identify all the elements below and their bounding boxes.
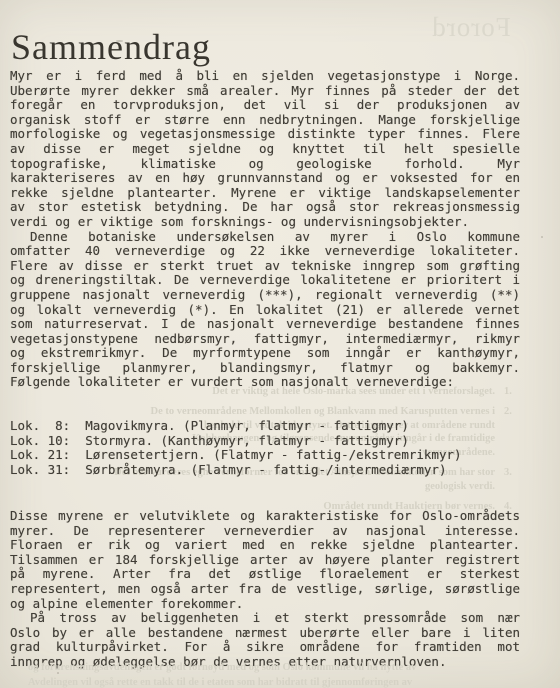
paper-speck — [541, 236, 543, 238]
text-line: som naturreservat. I de nasjonalt vernev… — [10, 317, 520, 332]
ghost-item-number: 2. — [504, 405, 518, 419]
text-line: grad kulturpåvirket. For å sikre områden… — [10, 640, 520, 655]
text-line: og forurensningsavdelingen er godt fornø… — [28, 661, 508, 676]
ghost-title-forord: Forord — [420, 12, 522, 43]
text-line: Disse myrene er velutviklete og karakter… — [10, 509, 520, 524]
text-line: topografiske, klimatiske og geologiske f… — [10, 157, 520, 172]
summary-paragraphs-bottom: Disse myrene er velutviklete og karakter… — [10, 509, 520, 670]
text-line: representert, men også arter fra de vest… — [10, 582, 520, 597]
text-line: verdi og er viktige som forsknings- og u… — [10, 215, 520, 230]
text-line: av disse er meget sjeldne og knyttet til… — [10, 142, 520, 157]
text-line: Flere av disse er sterkt truet av teknis… — [10, 259, 520, 274]
text-line: Oslo by er alle bestandene nærmest uberø… — [10, 626, 520, 641]
text-line: Tilsammen er 184 forskjellige arter av h… — [10, 553, 520, 568]
paper-speck — [57, 672, 59, 674]
text-line: foregår en torvproduksjon, det vil si de… — [10, 98, 520, 113]
text-line: morfologiske og vegetasjonsmessige disti… — [10, 127, 520, 142]
page-title: Sammendrag — [11, 26, 211, 68]
ghost-bottom-lines: og forurensningsavdelingen er godt fornø… — [28, 661, 508, 688]
text-line: og dreneringstiltak. De verneverdige lok… — [10, 273, 520, 288]
summary-paragraphs-top: Myr er i ferd med å bli en sjelden veget… — [10, 69, 520, 390]
text-line: Lok. 10: Stormyra. (Kanthøymyr, flatmyr … — [10, 434, 520, 449]
text-line: og alpine elementer forekommer. — [10, 597, 520, 612]
text-line: karakteriseres av en høy grunnvannstand … — [10, 171, 520, 186]
text-line: omfatter 40 verneverdige og 22 ikke vern… — [10, 244, 520, 259]
text-line: organisk stoff er større enn nedbrytning… — [10, 113, 520, 128]
text-line: Uberørte myrer dekker små arealer. Myr f… — [10, 84, 520, 99]
text-line: Følgende lokaliteter er vurdert som nasj… — [10, 375, 520, 390]
text-line: Lok. 31: Sørbråtemyra. (Flatmyr - fattig… — [10, 463, 520, 478]
text-line: og lokalt verneverdig (*). En lokalitet … — [10, 303, 520, 318]
text-line: rekke sjeldne plantearter. Myrene er vik… — [10, 186, 520, 201]
text-line: Lok. 21: Lørensetertjern. (Flatmyr - fat… — [10, 448, 520, 463]
document-page: Sammendrag Forord Det er viktig at hele … — [0, 0, 560, 688]
text-line: vegetasjonstypene nedbørsmyr, fattigmyr,… — [10, 332, 520, 347]
text-line: Avdelingen vil også rette en takk til de… — [28, 676, 508, 688]
text-line: På tross av beliggenheten i et sterkt pr… — [10, 611, 520, 626]
text-line: myrer. De representerer verneverdier av … — [10, 524, 520, 539]
text-line: på myrene. Arter fra det østlige florael… — [10, 567, 520, 582]
paper-speck — [116, 40, 123, 42]
lok-list: Lok. 8: Magovikmyra. (Planmyr, flatmyr -… — [10, 419, 520, 477]
text-line: av stor estetisk betydning. De har også … — [10, 200, 520, 215]
text-line: gruppene nasjonalt verneverdig (***), re… — [10, 288, 520, 303]
text-line: Floraen er rik og variert med en rekke s… — [10, 538, 520, 553]
text-line: Lok. 8: Magovikmyra. (Planmyr, flatmyr -… — [10, 419, 520, 434]
text-line: Denne botaniske undersøkelsen av myrer i… — [10, 230, 520, 245]
text-line: Myr er i ferd med å bli en sjelden veget… — [10, 69, 520, 84]
text-line: og ekstremrikmyr. De myrformtypene som i… — [10, 346, 520, 361]
text-line: forskjellige planmyrer, blandingsmyr, fl… — [10, 361, 520, 376]
